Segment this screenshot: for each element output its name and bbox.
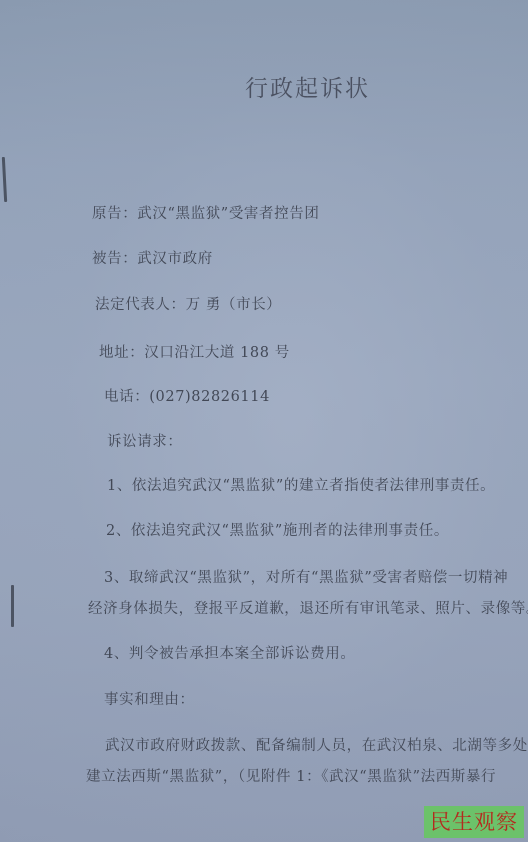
document-photo: 行政起诉状 原告：武汉“黑监狱”受害者控告团 被告：武汉市政府 法定代表人：万 … — [0, 0, 528, 842]
facts-heading: 事实和理由： — [104, 688, 195, 709]
defendant-line: 被告：武汉市政府 — [92, 247, 213, 268]
claim-item-2: 2、依法追究武汉“黑监狱”施刑者的法律刑事责任。 — [106, 519, 449, 540]
claim-item-3: 3、取缔武汉“黑监狱”，对所有“黑监狱”受害者赔偿一切精神 — [104, 566, 508, 587]
plaintiff-line: 原告：武汉“黑监狱”受害者控告团 — [92, 202, 319, 223]
facts-paragraph-line-2: 建立法西斯“黑监狱”，（见附件 1：《武汉“黑监狱”法西斯暴行 — [86, 765, 496, 786]
claim-item-4: 4、判令被告承担本案全部诉讼费用。 — [104, 642, 355, 663]
phone-line: 电话：(027)82826114 — [104, 385, 270, 406]
facts-paragraph-line-1: 武汉市政府财政拨款、配备编制人员，在武汉柏泉、北湖等多处 — [105, 734, 528, 755]
margin-pen-mark — [11, 585, 14, 627]
legal-representative-line: 法定代表人：万 勇（市长） — [95, 293, 281, 314]
watermark-logo: 民生观察 — [424, 806, 524, 838]
address-line: 地址：汉口沿江大道 188 号 — [99, 341, 290, 362]
claim-item-1: 1、依法追究武汉“黑监狱”的建立者指使者法律刑事责任。 — [107, 474, 495, 495]
claims-heading: 诉讼请求： — [107, 430, 183, 451]
claim-item-3-continued: 经济身体损失，登报平反道歉，退还所有审讯笔录、照片、录像等。 — [88, 597, 528, 618]
margin-pen-mark — [2, 157, 7, 202]
document-title: 行政起诉状 — [245, 70, 370, 103]
